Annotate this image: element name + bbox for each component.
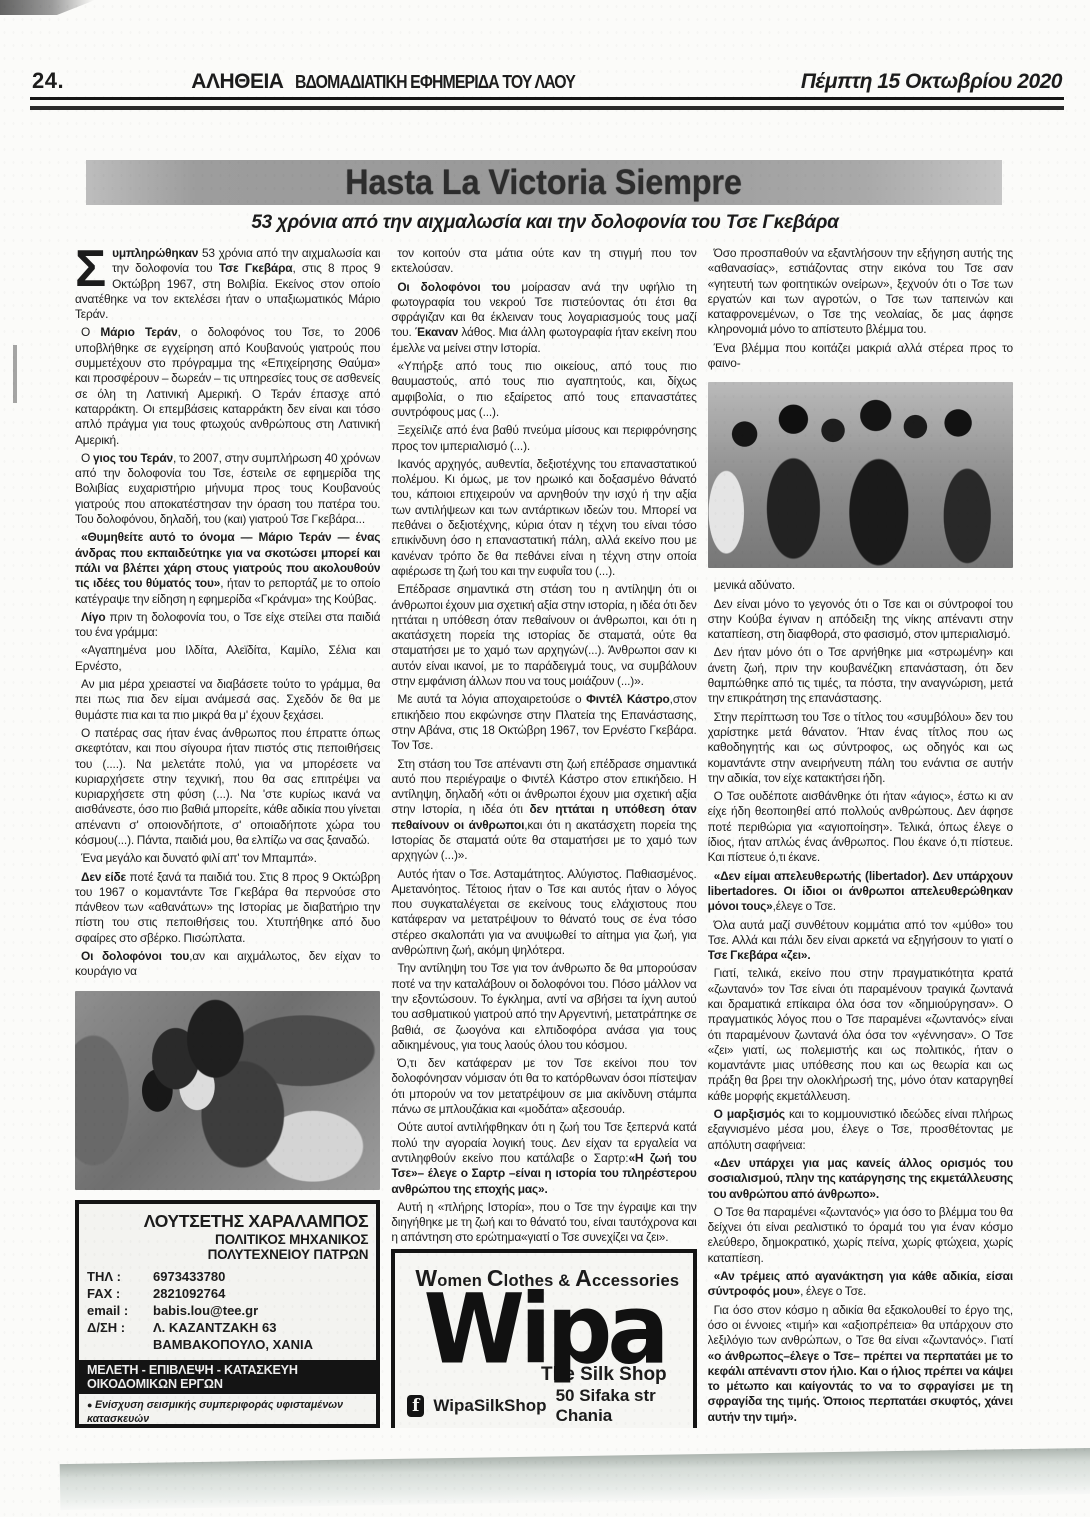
- wipa-ad: Women Clothes & Accessories Wipa The Sil…: [391, 1249, 696, 1428]
- contact-row: ΒΑΜΒΑΚΟΠΟΥΛΟ, ΧΑΝΙΑ: [87, 1336, 368, 1353]
- article-paragraph: Με αυτά τα λόγια αποχαιρετούσε ο Φιντέλ …: [391, 692, 696, 753]
- contact-row: email :babis.lou@tee.gr: [87, 1302, 368, 1319]
- article-paragraph: τον κοιτούν στα μάτια ούτε καν τη στιγμή…: [391, 246, 696, 277]
- contact-row: Δ/ΣΗ :Λ. ΚΑΖΑΝΤΖΑΚΗ 63: [87, 1319, 368, 1336]
- article-paragraph: Οι δολοφόνοι του,αν και αιχμάλωτος, δεν …: [75, 949, 380, 980]
- article-paragraph: Ο Τσε θα παραμένει «ζωντανός» για όσο το…: [708, 1205, 1013, 1266]
- article-title-banner: Hasta La Victoria Siempre: [86, 160, 1002, 205]
- services-list: Ενίσχυση σεισμικής συμπεριφοράς υφισταμέ…: [87, 1398, 368, 1428]
- facebook-handle: WipaSilkShop: [433, 1396, 546, 1416]
- contact-rows: ΤΗΛ :6973433780FAX :2821092764email :bab…: [87, 1268, 368, 1353]
- drop-cap: Σ: [75, 246, 112, 291]
- advertiser-name: ΛΟΥΤΣΕΤΗΣ ΧΑΡΑΛΑΜΠΟΣ: [87, 1211, 368, 1232]
- article-paragraph: Ο γιος του Τεράν, το 2007, στην συμπλήρω…: [75, 451, 380, 527]
- article-paragraph: Αν μια μέρα χρειαστεί να διαβάσετε τούτο…: [75, 677, 380, 723]
- article-paragraph: Δεν είδε ποτέ ξανά τα παιδιά του. Στις 8…: [75, 870, 380, 946]
- column-3-text-top: Όσο προσπαθούν να εξαντλήσουν την εξήγησ…: [708, 246, 1013, 374]
- article-paragraph: Την αντίληψη του Τσε για τον άνθρωπο δε …: [391, 961, 696, 1053]
- article-paragraph: Δεν είναι μόνο το γεγονός ότι ο Τσε και …: [708, 597, 1013, 643]
- article-paragraph: Γιατί, τελικά, εκείνο που στην πραγματικ…: [708, 966, 1013, 1104]
- article-paragraph: «Δεν είμαι απελευθερωτής (libertador). Δ…: [708, 869, 1013, 915]
- article-paragraph: Ο μαρξισμός και το κομμουνιστικό ιδεώδες…: [708, 1107, 1013, 1153]
- article-paragraph: «Αν τρέμεις από αγανάκτηση για κάθε αδικ…: [708, 1269, 1013, 1300]
- article-paragraph: Στην περίπτωση του Τσε ο τίτλος του «συμ…: [708, 710, 1013, 786]
- article-paragraph: Ο Τσε ουδέποτε αισθάνθηκε ότι ήταν «άγιο…: [708, 789, 1013, 865]
- article-paragraph: «Δεν υπάρχει για μας κανείς άλλος ορισμό…: [708, 1156, 1013, 1202]
- issue-date: Πέμπτη 15 Οκτωβρίου 2020: [801, 70, 1062, 94]
- article-paragraph: Δεν ήταν μόνο ότι ο Τσε αρνήθηκε μια «στ…: [708, 645, 1013, 706]
- article-paragraph: Ούτε αυτοί αντιλήφθηκαν ότι η ζωή του Τσ…: [391, 1120, 696, 1196]
- article-paragraph: Ξεχείλιζε από ένα βαθύ πνεύμα μίσους και…: [391, 423, 696, 454]
- column-2: τον κοιτούν στα μάτια ούτε καν τη στιγμή…: [391, 246, 696, 1428]
- article-paragraph: «Θυμηθείτε αυτό το όνομα — Μάριο Τεράν —…: [75, 530, 380, 606]
- che-family-photo: [75, 991, 380, 1190]
- article-paragraph: Ένα βλέμμα που κοιτάζει μακριά αλλά στέρ…: [708, 341, 1013, 372]
- header-rule-bottom: [30, 106, 1064, 110]
- column-3-text-bottom: μενικά αδύνατο.Δεν είναι μόνο το γεγονός…: [708, 578, 1013, 1428]
- article-paragraph: Για όσο στον κόσμο η αδικία θα εξακολουθ…: [708, 1303, 1013, 1425]
- che-fidel-photo: [708, 382, 1013, 568]
- engineer-ad: ΛΟΥΤΣΕΤΗΣ ΧΑΡΑΛΑΜΠΟΣ ΠΟΛΙΤΙΚΟΣ ΜΗΧΑΝΙΚΟΣ…: [75, 1200, 380, 1428]
- column-1-text: Συμπληρώθηκαν 53 χρόνια από την αιχμαλωσ…: [75, 246, 380, 983]
- article-paragraph: Αυτή η «πλήρης Ιστορία», που ο Τσε την έ…: [391, 1200, 696, 1246]
- page-header: 24. ΑΛΗΘΕΙΑ ΒΔΟΜΑΔΙΑΤΙΚΗ ΕΦΗΜΕΡΙΔΑ ΤΟΥ Λ…: [32, 58, 1062, 94]
- article-paragraph: Επέδρασε σημαντικά στη στάση του η αντίλ…: [391, 582, 696, 689]
- article-paragraph: Όλα αυτά μαζί συνθέτουν κομμάτια από τον…: [708, 918, 1013, 964]
- scan-artifact-edge: [13, 345, 17, 403]
- article-paragraph: Ικανός αρχηγός, αυθεντία, δεξιοτέχνης το…: [391, 457, 696, 579]
- page-number: 24.: [32, 68, 64, 94]
- header-rule-top: [30, 97, 1064, 100]
- services-banner: ΜΕΛΕΤΗ - ΕΠΙΒΛΕΨΗ - ΚΑΤΑΣΚΕΥΗ ΟΙΚΟΔΟΜΙΚΩ…: [79, 1360, 376, 1394]
- article-paragraph: «Υπήρξε από τους πιο οικείους, από τους …: [391, 359, 696, 420]
- article-paragraph: Ένα μεγάλο και δυνατό φιλί απ' τον Μπαμπ…: [75, 851, 380, 866]
- column-1: Συμπληρώθηκαν 53 χρόνια από την αιχμαλωσ…: [75, 246, 380, 1428]
- masthead-subtitle: ΒΔΟΜΑΔΙΑΤΙΚΗ ΕΦΗΜΕΡΙΔΑ ΤΟΥ ΛΑΟΥ: [295, 72, 575, 93]
- article-paragraph: Αυτός ήταν ο Τσε. Ασταμάτητος. Αλύγιστος…: [391, 867, 696, 959]
- contact-row: ΤΗΛ :6973433780: [87, 1268, 368, 1285]
- advertiser-title-1: ΠΟΛΙΤΙΚΟΣ ΜΗΧΑΝΙΚΟΣ: [87, 1232, 368, 1247]
- column-3: Όσο προσπαθούν να εξαντλήσουν την εξήγησ…: [708, 246, 1013, 1428]
- masthead-title: ΑΛΗΘΕΙΑ: [191, 70, 283, 94]
- wipa-contact-row: f WipaSilkShop 50 Sifaka str Chania: [407, 1386, 680, 1426]
- article-paragraph: Ο Μάριο Τεράν, ο δολοφόνος του Τσε, το 2…: [75, 325, 380, 447]
- column-2-text: τον κοιτούν στα μάτια ούτε καν τη στιγμή…: [391, 246, 696, 1249]
- advertiser-title-2: ΠΟΛΥΤΕΧΝΕΙΟΥ ΠΑΤΡΩΝ: [87, 1247, 368, 1262]
- facebook-icon: f: [407, 1395, 424, 1417]
- wipa-logo: Wipa: [407, 1286, 680, 1375]
- article-paragraph: Λίγο πριν τη δολοφονία του, ο Τσε είχε σ…: [75, 610, 380, 641]
- article-paragraph: Συμπληρώθηκαν 53 χρόνια από την αιχμαλωσ…: [75, 246, 380, 322]
- article-title: Hasta La Victoria Siempre: [346, 163, 743, 203]
- contact-row: FAX :2821092764: [87, 1285, 368, 1302]
- masthead-block: ΑΛΗΘΕΙΑ ΒΔΟΜΑΔΙΑΤΙΚΗ ΕΦΗΜΕΡΙΔΑ ΤΟΥ ΛΑΟΥ: [191, 70, 613, 94]
- article-paragraph: μενικά αδύνατο.: [708, 578, 1013, 593]
- scanner-edge-artifact: [60, 1448, 1090, 1510]
- article-paragraph: Όσο προσπαθούν να εξαντλήσουν την εξήγησ…: [708, 246, 1013, 338]
- scan-artifact-corner: [0, 0, 95, 15]
- service-item: Μελέτες ενεργειακής απόδοσης: [87, 1426, 368, 1428]
- article-subtitle: 53 χρόνια από την αιχμαλωσία και την δολ…: [0, 212, 1090, 234]
- article-paragraph: Στη στάση του Τσε απέναντι στη ζωή επέδρ…: [391, 757, 696, 864]
- article-paragraph: «Αγαπημένα μου Ιλδίτα, Αλεϊδίτα, Καμίλο,…: [75, 643, 380, 674]
- article-body: Συμπληρώθηκαν 53 χρόνια από την αιχμαλωσ…: [75, 246, 1013, 1428]
- newspaper-page: 24. ΑΛΗΘΕΙΑ ΒΔΟΜΑΔΙΑΤΙΚΗ ΕΦΗΜΕΡΙΔΑ ΤΟΥ Λ…: [0, 0, 1090, 1517]
- article-paragraph: Ο πατέρας σας ήταν ένας άνθρωπος που έπρ…: [75, 726, 380, 848]
- article-paragraph: Οι δολοφόνοι του μοίρασαν ανά την υφήλιο…: [391, 280, 696, 356]
- article-paragraph: Ό,τι δεν κατάφεραν με τον Τσε εκείνοι πο…: [391, 1056, 696, 1117]
- shop-address: 50 Sifaka str Chania: [556, 1386, 681, 1426]
- service-item: Ενίσχυση σεισμικής συμπεριφοράς υφισταμέ…: [87, 1398, 368, 1426]
